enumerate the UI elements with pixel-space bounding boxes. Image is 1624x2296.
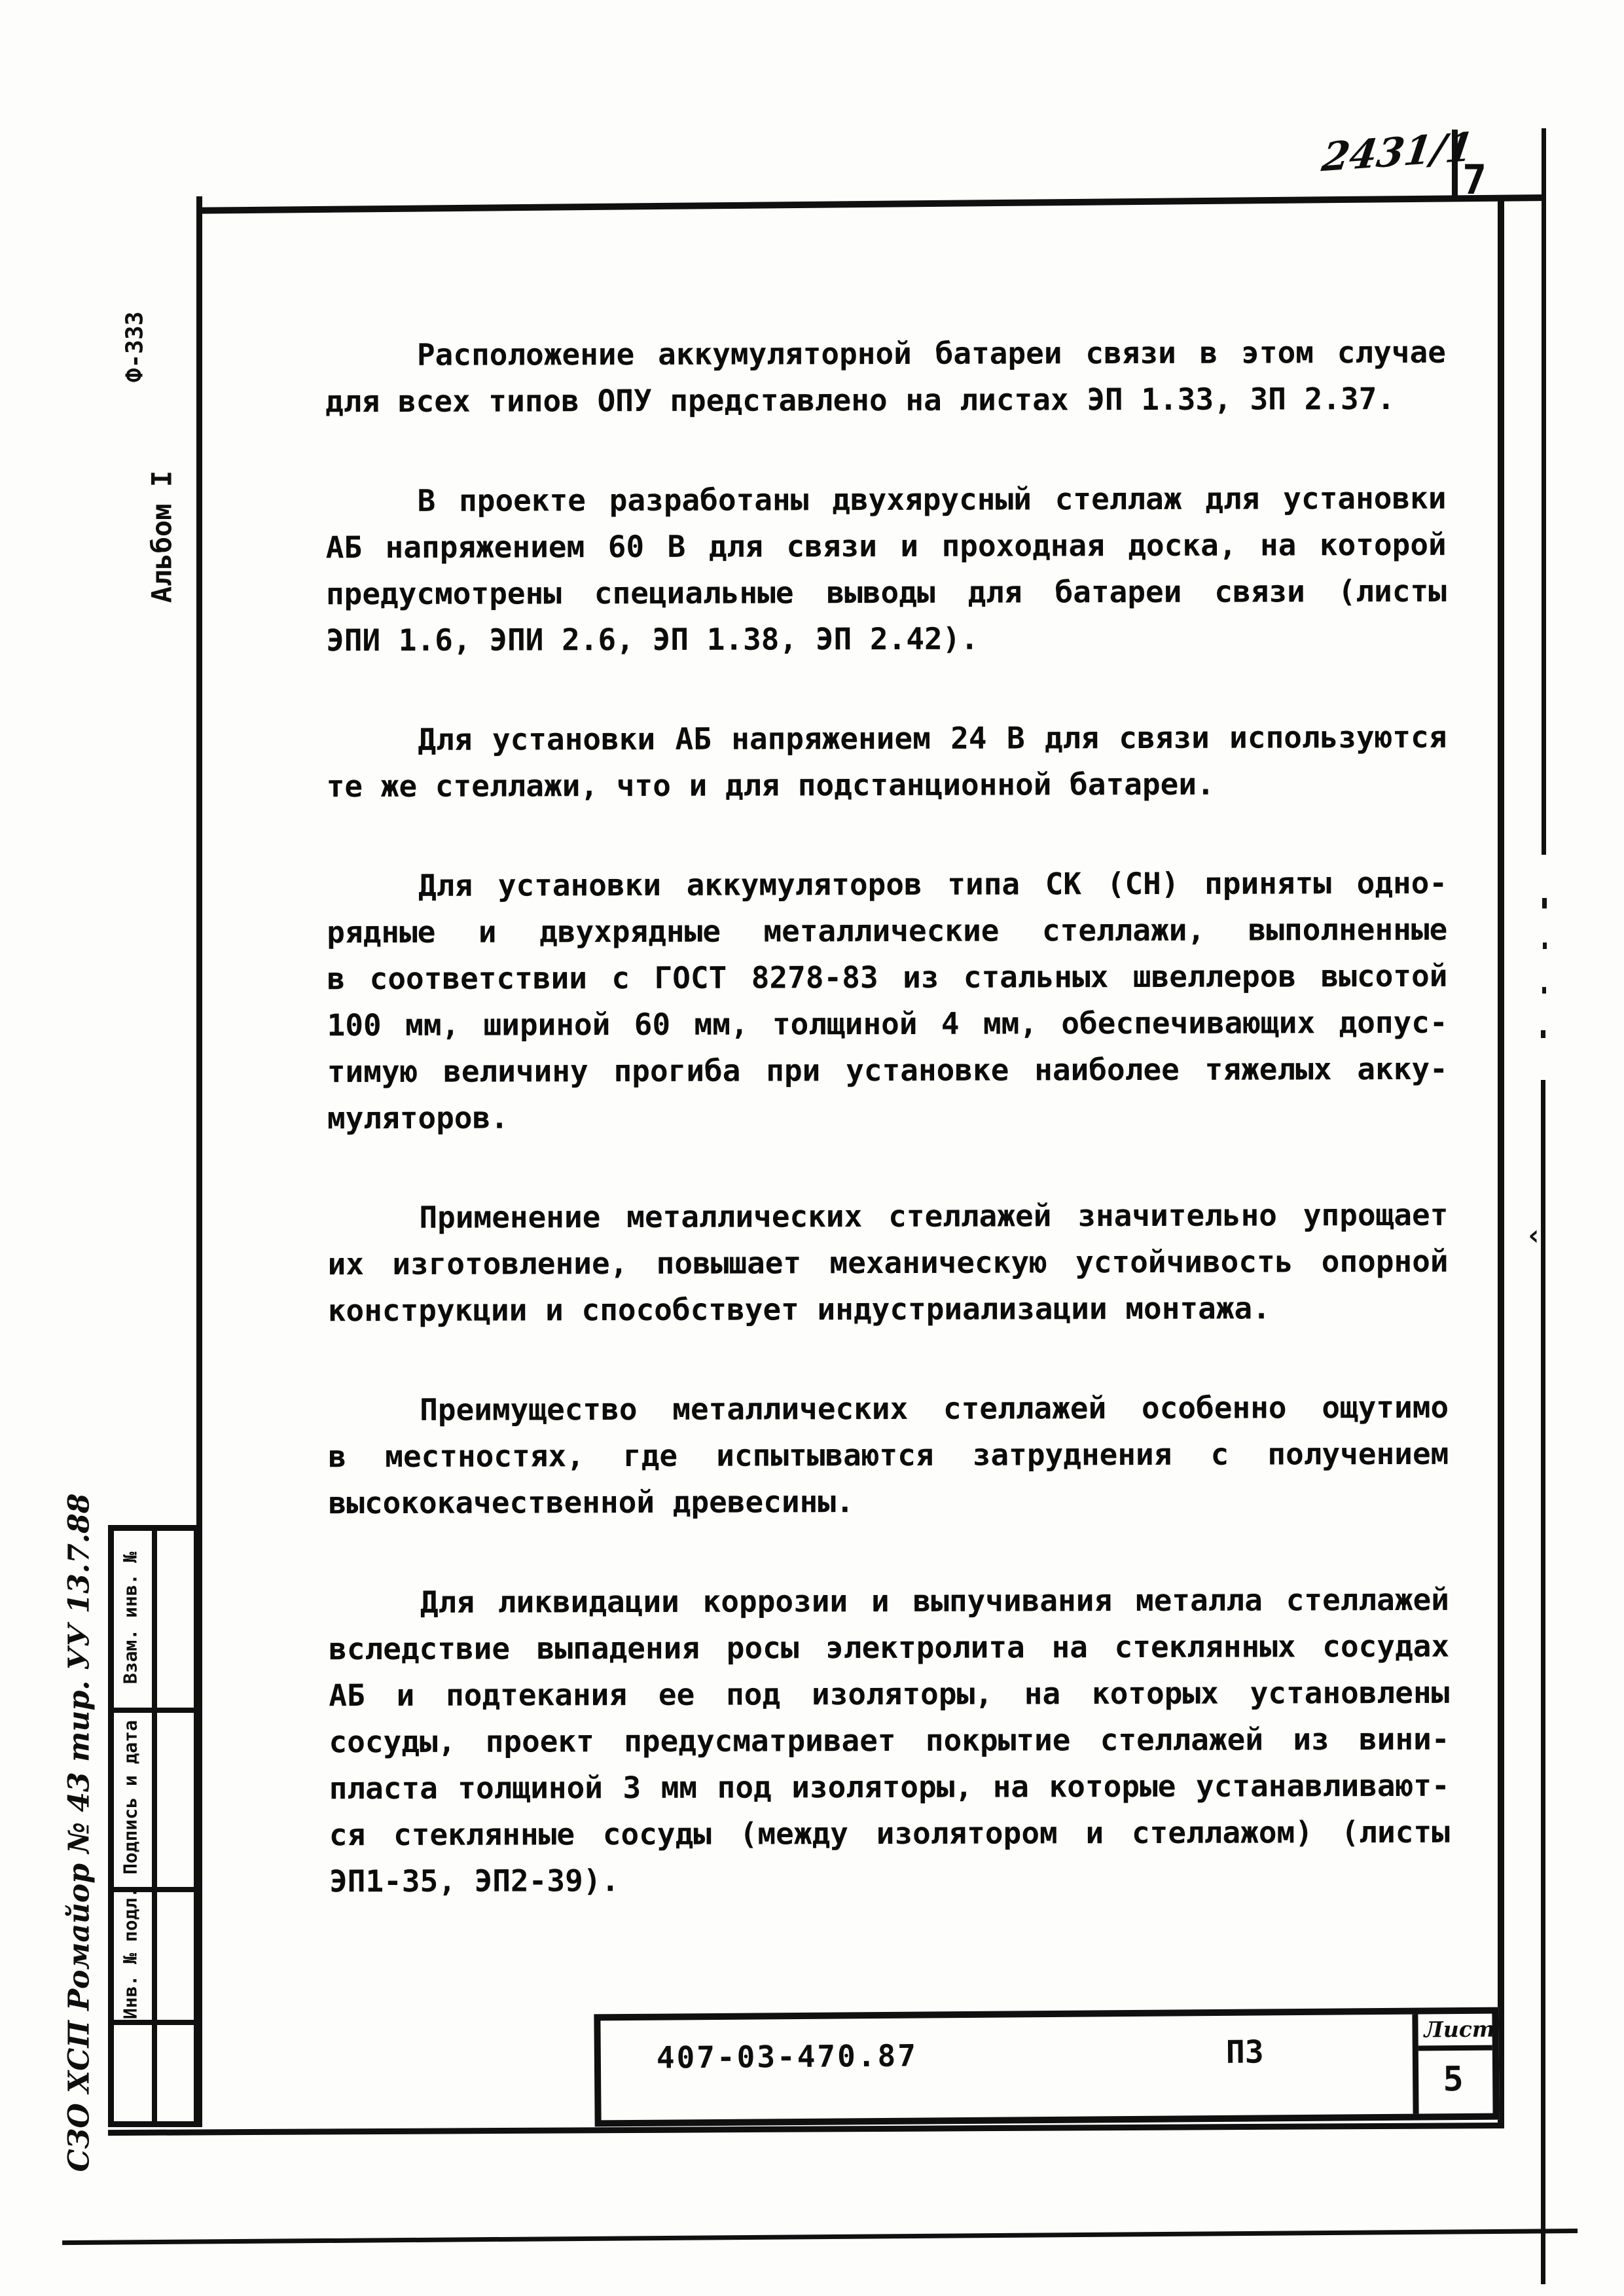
text-line: Преимущество металлических стеллажей осо… <box>328 1384 1449 1433</box>
text-line: ЭП1-35, ЭП2-39). <box>329 1856 1450 1905</box>
title-block-divider <box>1412 2015 1418 2114</box>
text-line: высококачественной древесины. <box>328 1477 1449 1526</box>
text-line: Применение металлических стеллажей значи… <box>327 1192 1448 1241</box>
page-edge-dot <box>1542 898 1547 908</box>
text-line: муляторов. <box>327 1092 1448 1141</box>
text-line: те же стеллажи, что и для подстанционной… <box>327 761 1447 810</box>
paper-bottom-edge <box>62 2229 1578 2245</box>
text-line: Для ликвидации коррозии и выпучивания ме… <box>329 1577 1449 1626</box>
page-number: 7 <box>1462 156 1487 204</box>
text-line: сосуды, проект предусматривает покрытие … <box>329 1716 1449 1765</box>
text-line: Расположение аккумуляторной батареи связ… <box>325 329 1446 378</box>
text-line: в местностях, где испытываются затруднен… <box>328 1431 1449 1480</box>
paragraph: В проекте разработаны двухярусный стелла… <box>325 475 1447 664</box>
page-edge-dot <box>1543 942 1547 949</box>
title-block: 407-03-470.87 ПЗ Лист 5 <box>594 2007 1499 2127</box>
text-line: Для установки аккумуляторов типа СК (СН)… <box>327 860 1447 909</box>
print-note: СЗО ХСП Ромайор № 43 тир. УУ 13.7.88 <box>63 1494 96 2172</box>
stamp-cell-vzam-inv: Взам. инв. № <box>120 1552 141 1684</box>
paragraph: Для установки аккумуляторов типа СК (СН)… <box>327 860 1448 1141</box>
scanned-page: { "page": { "handwritten_number": "2431/… <box>0 0 1624 2296</box>
text-line: в соответствии с ГОСТ 8278-83 из стальны… <box>327 953 1447 1002</box>
paragraph: Расположение аккумуляторной батареи связ… <box>325 329 1446 425</box>
document-code: ПЗ <box>1226 2034 1264 2070</box>
text-line: АБ и подтекания ее под изоляторы, на кот… <box>329 1670 1449 1719</box>
text-line: для всех типов ОПУ представлено на листа… <box>325 376 1446 425</box>
page-edge-line <box>1541 1080 1545 2284</box>
sheet-label: Лист <box>1424 2017 1483 2043</box>
document-body: Расположение аккумуляторной батареи связ… <box>325 329 1450 1905</box>
form-code-label: Ф-333 <box>122 312 149 382</box>
sheet-cell-divider <box>1418 2045 1492 2051</box>
text-line: вследствие выпадения росы электролита на… <box>329 1623 1449 1672</box>
paragraph: Применение металлических стеллажей значи… <box>327 1192 1449 1334</box>
document-number: 407-03-470.87 <box>657 2038 918 2075</box>
stamp-column-divider <box>152 1531 157 2121</box>
text-line: пласта толщиной 3 мм под изоляторы, на к… <box>329 1763 1450 1812</box>
paragraph: Для установки АБ напряжением 24 В для св… <box>326 714 1447 810</box>
text-line: ся стеклянные сосуды (между изолятором и… <box>329 1809 1450 1858</box>
text-line: ЭПИ 1.6, ЭПИ 2.6, ЭП 1.38, ЭП 2.42). <box>326 615 1447 664</box>
stamp-row-divider <box>114 1708 194 1713</box>
frame-top-border <box>196 194 1546 214</box>
text-line: конструкции и способствует индустриализа… <box>328 1285 1449 1334</box>
page-edge-line <box>1542 128 1546 855</box>
paragraph: Для ликвидации коррозии и выпучивания ме… <box>329 1577 1450 1905</box>
margin-scan-mark: ‹ <box>1525 1219 1543 1252</box>
text-line: рядные и двухрядные металлические стелла… <box>327 906 1447 956</box>
text-line: Для установки АБ напряжением 24 В для св… <box>326 714 1447 763</box>
stamp-cell-inv-podl: Инв. № подл. <box>120 1887 141 2019</box>
sheet-number: 5 <box>1434 2060 1473 2099</box>
frame-right-border <box>1498 198 1504 2128</box>
text-line: их изготовление, повышает механическую у… <box>327 1238 1448 1287</box>
stamp-row-divider <box>114 2020 194 2025</box>
text-line: АБ напряжением 60 В для связи и проходна… <box>326 522 1447 571</box>
text-line: предусмотрены специальные выводы для бат… <box>326 568 1447 617</box>
stamp-cell-podpis-data: Подпись и дата <box>120 1720 141 1874</box>
text-line: В проекте разработаны двухярусный стелла… <box>325 475 1446 524</box>
text-line: 100 мм, шириной 60 мм, толщиной 4 мм, об… <box>327 999 1448 1049</box>
page-edge-dot <box>1542 987 1546 994</box>
paragraph: Преимущество металлических стеллажей осо… <box>328 1384 1449 1526</box>
page-edge-dot <box>1541 1030 1545 1038</box>
album-label: Альбом I <box>146 471 178 603</box>
text-line: тимую величину прогиба при установке наи… <box>327 1046 1448 1095</box>
